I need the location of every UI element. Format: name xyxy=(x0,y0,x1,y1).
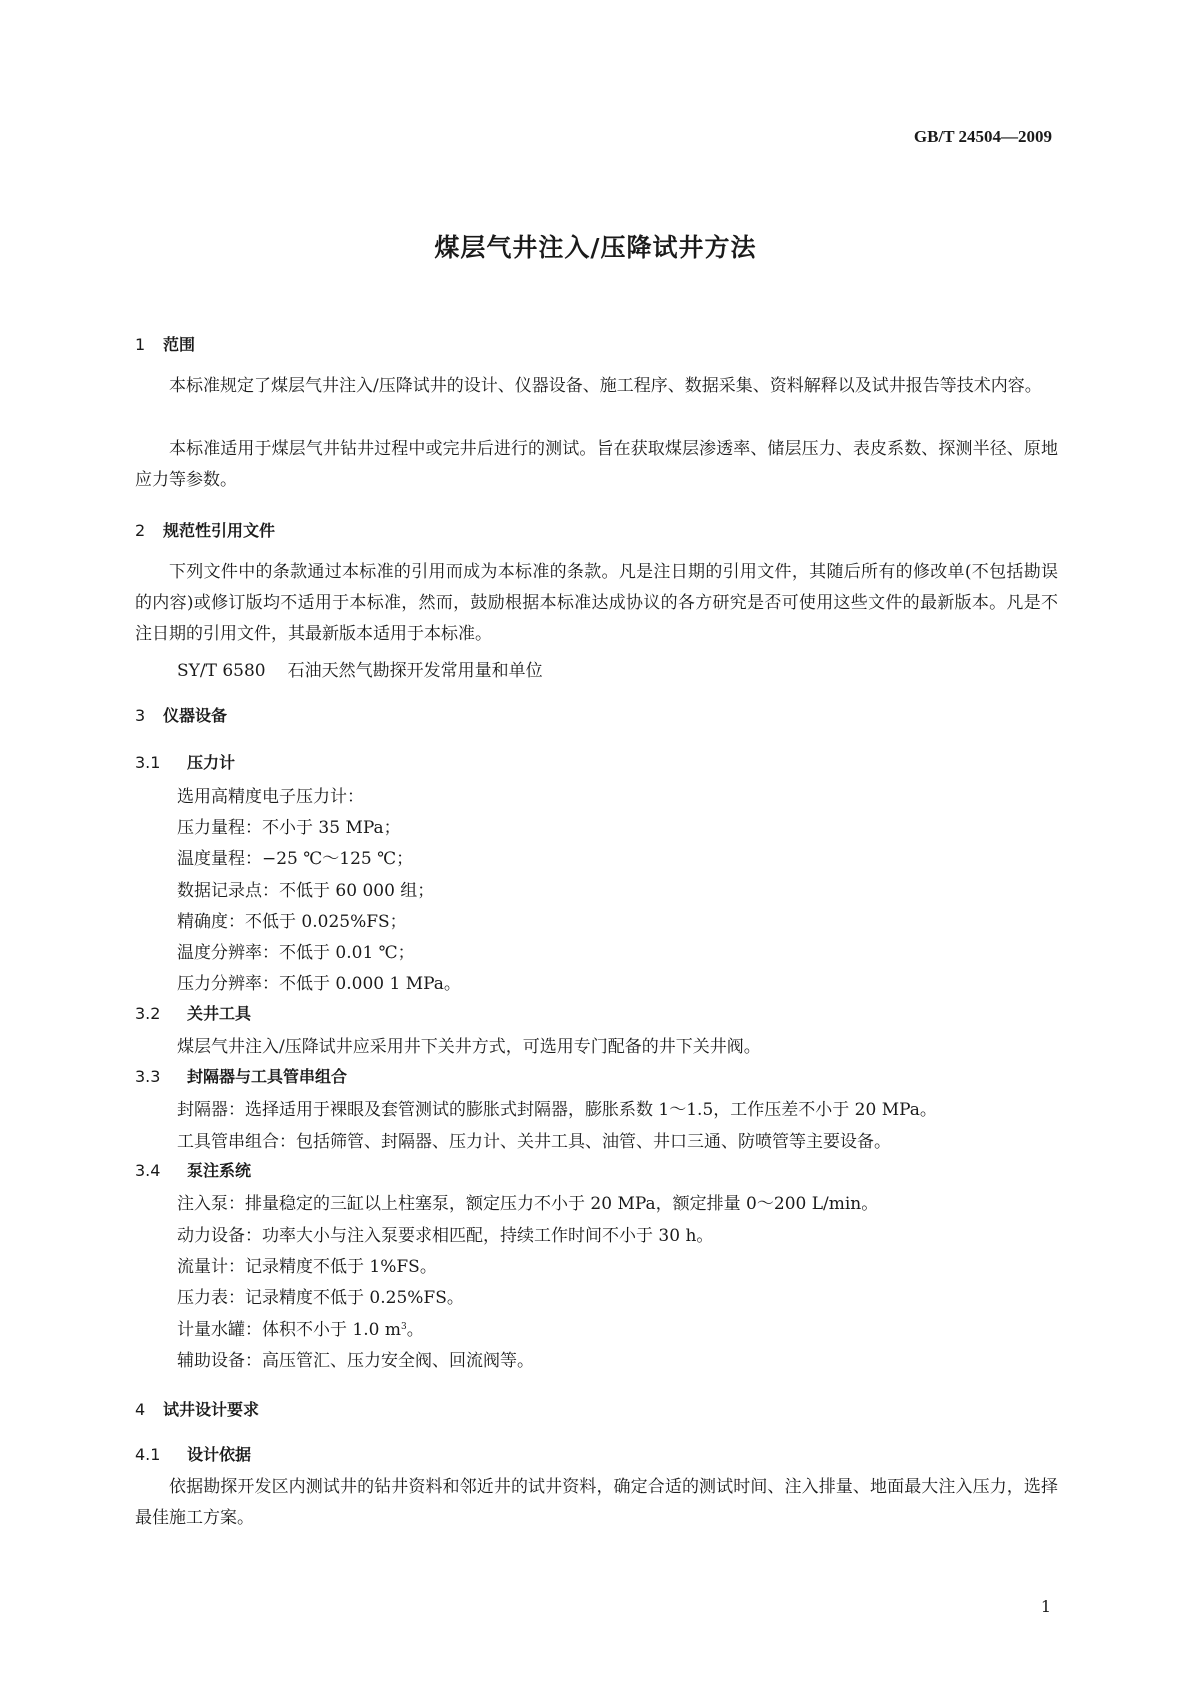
subsection-number: 3.2 xyxy=(135,1004,187,1023)
section-1-paragraph-2: 本标准适用于煤层气井钻井过程中或完井后进行的测试。旨在获取煤层渗透率、储层压力、… xyxy=(135,434,1058,496)
subsection-title: 关井工具 xyxy=(187,1004,251,1023)
subsection-title: 泵注系统 xyxy=(187,1161,251,1180)
subsection-number: 4.1 xyxy=(135,1445,187,1464)
reference-code: SY/T 6580 xyxy=(177,661,266,681)
spec-line: 压力量程：不小于 35 MPa； xyxy=(177,813,401,838)
section-3-heading: 3仪器设备 xyxy=(135,703,227,726)
section-1-paragraph-1: 本标准规定了煤层气井注入/压降试井的设计、仪器设备、施工程序、数据采集、资料解释… xyxy=(135,371,1058,402)
spec-line: 温度量程：−25 ℃～125 ℃； xyxy=(177,844,413,869)
document-title: 煤层气井注入/压降试井方法 xyxy=(0,228,1191,264)
subsection-number: 3.4 xyxy=(135,1161,187,1180)
spec-line: 数据记录点：不低于 60 000 组； xyxy=(177,876,434,901)
spec-line: 压力分辨率：不低于 0.000 1 MPa。 xyxy=(177,969,461,994)
spec-line: 工具管串组合：包括筛管、封隔器、压力计、关井工具、油管、井口三通、防喷管等主要设… xyxy=(177,1127,891,1152)
section-3-1-heading: 3.1压力计 xyxy=(135,750,235,773)
section-title: 规范性引用文件 xyxy=(163,521,275,540)
reference-title: 石油天然气勘探开发常用量和单位 xyxy=(288,661,543,681)
subsection-title: 压力计 xyxy=(187,753,235,772)
section-number: 3 xyxy=(135,706,163,725)
section-3-4-heading: 3.4泵注系统 xyxy=(135,1158,251,1181)
standard-code: GB/T 24504—2009 xyxy=(914,127,1052,147)
spec-line: 温度分辨率：不低于 0.01 ℃； xyxy=(177,938,415,963)
subsection-number: 3.3 xyxy=(135,1067,187,1086)
spec-line: 封隔器：选择适用于裸眼及套管测试的膨胀式封隔器，膨胀系数 1～1.5，工作压差不… xyxy=(177,1095,937,1120)
spec-line: 精确度：不低于 0.025%FS； xyxy=(177,907,407,932)
spec-line: 压力表：记录精度不低于 0.25%FS。 xyxy=(177,1283,464,1308)
subsection-number: 3.1 xyxy=(135,753,187,772)
normative-reference: SY/T 6580石油天然气勘探开发常用量和单位 xyxy=(177,656,543,681)
spec-line: 选用高精度电子压力计： xyxy=(177,782,364,807)
section-title: 范围 xyxy=(163,335,195,354)
spec-text: 计量水罐：体积不小于 1.0 m xyxy=(177,1320,401,1340)
spec-line: 动力设备：功率大小与注入泵要求相匹配，持续工作时间不小于 30 h。 xyxy=(177,1221,713,1246)
spec-line: 流量计：记录精度不低于 1%FS。 xyxy=(177,1252,437,1277)
section-2-heading: 2规范性引用文件 xyxy=(135,518,275,541)
page-number: 1 xyxy=(1041,1597,1051,1616)
spec-line: 注入泵：排量稳定的三缸以上柱塞泵，额定压力不小于 20 MPa，额定排量 0～2… xyxy=(177,1189,878,1214)
section-4-1-paragraph-1: 依据勘探开发区内测试井的钻井资料和邻近井的试井资料，确定合适的测试时间、注入排量… xyxy=(135,1472,1058,1534)
section-number: 1 xyxy=(135,335,163,354)
section-title: 试井设计要求 xyxy=(163,1400,259,1419)
spec-line: 煤层气井注入/压降试井应采用井下关井方式，可选用专门配备的井下关井阀。 xyxy=(177,1032,761,1057)
section-4-1-heading: 4.1设计依据 xyxy=(135,1442,251,1465)
section-title: 仪器设备 xyxy=(163,706,227,725)
section-3-3-heading: 3.3封隔器与工具管串组合 xyxy=(135,1064,347,1087)
section-number: 2 xyxy=(135,521,163,540)
section-1-heading: 1范围 xyxy=(135,332,195,355)
subsection-title: 设计依据 xyxy=(187,1445,251,1464)
section-4-heading: 4试井设计要求 xyxy=(135,1397,259,1420)
spec-line: 辅助设备：高压管汇、压力安全阀、回流阀等。 xyxy=(177,1346,534,1371)
spec-line-tank: 计量水罐：体积不小于 1.0 m3。 xyxy=(177,1315,424,1340)
subsection-title: 封隔器与工具管串组合 xyxy=(187,1067,347,1086)
punctuation: 。 xyxy=(407,1320,424,1340)
section-number: 4 xyxy=(135,1400,163,1419)
section-3-2-heading: 3.2关井工具 xyxy=(135,1001,251,1024)
section-2-paragraph-1: 下列文件中的条款通过本标准的引用而成为本标准的条款。凡是注日期的引用文件，其随后… xyxy=(135,557,1058,650)
